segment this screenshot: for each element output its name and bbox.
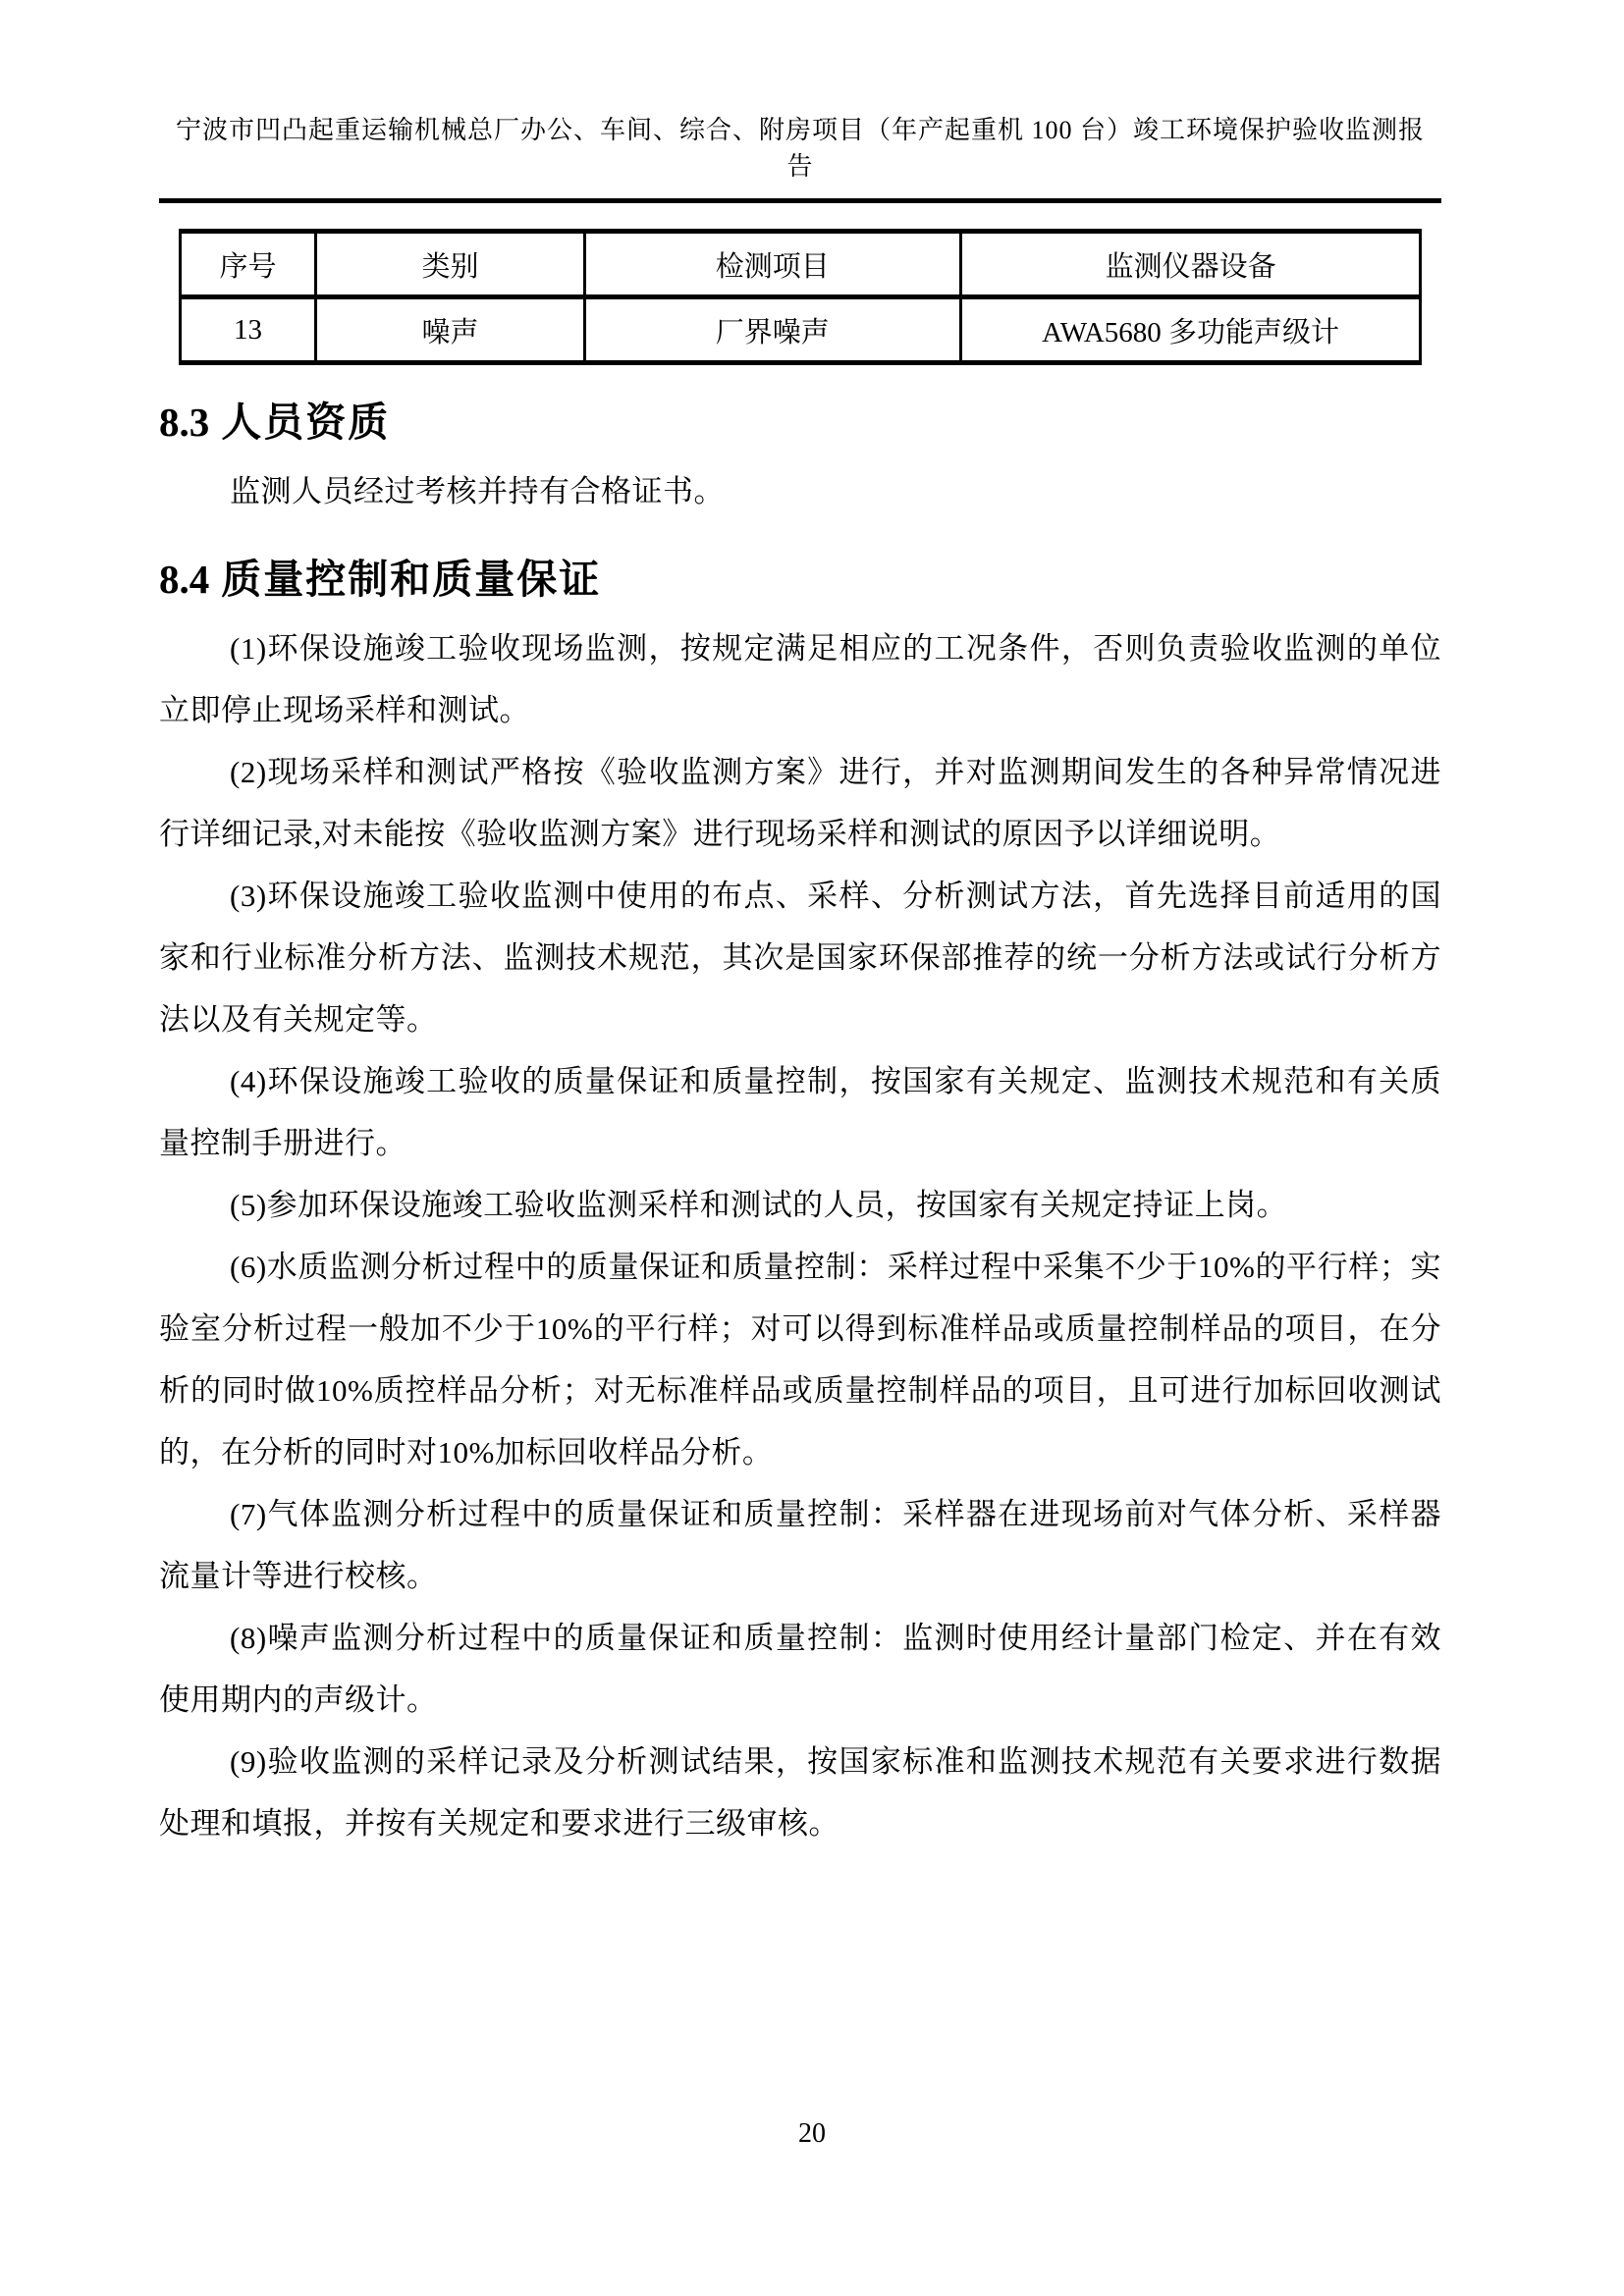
qc-paragraph-2: (2)现场采样和测试严格按《验收监测方案》进行，并对监测期间发生的各种异常情况进… <box>159 741 1441 865</box>
section-8-4-title: 质量控制和质量保证 <box>221 557 601 602</box>
cell-instrument: AWA5680 多功能声级计 <box>960 297 1421 363</box>
qc-paragraph-8: (8)噪声监测分析过程中的质量保证和质量控制：监测时使用经计量部门检定、并在有效… <box>159 1607 1441 1731</box>
qc-paragraph-7: (7)气体监测分析过程中的质量保证和质量控制：采样器在进现场前对气体分析、采样器… <box>159 1483 1441 1607</box>
monitoring-instrument-table: 序号 类别 检测项目 监测仪器设备 13 噪声 厂界噪声 AWA5680 多功能… <box>179 229 1423 365</box>
page-number: 20 <box>0 2118 1624 2150</box>
cell-serial: 13 <box>180 297 316 363</box>
cell-category: 噪声 <box>316 297 584 363</box>
column-header-instrument: 监测仪器设备 <box>960 232 1421 297</box>
qc-paragraph-3: (3)环保设施竣工验收监测中使用的布点、采样、分析测试方法，首先选择目前适用的国… <box>159 865 1441 1050</box>
qc-paragraph-6: (6)水质监测分析过程中的质量保证和质量控制：采样过程中采集不少于10%的平行样… <box>159 1236 1441 1483</box>
cell-test-item: 厂界噪声 <box>584 297 960 363</box>
page-header-title: 宁波市凹凸起重运输机械总厂办公、车间、综合、附房项目（年产起重机 100 台）竣… <box>159 110 1441 203</box>
qc-paragraph-5: (5)参加环保设施竣工验收监测采样和测试的人员，按国家有关规定持证上岗。 <box>159 1174 1441 1236</box>
qc-paragraph-4: (4)环保设施竣工验收的质量保证和质量控制，按国家有关规定、监测技术规范和有关质… <box>159 1050 1441 1174</box>
section-8-3-number: 8.3 <box>159 400 209 445</box>
qc-paragraph-9: (9)验收监测的采样记录及分析测试结果，按国家标准和监测技术规范有关要求进行数据… <box>159 1731 1441 1854</box>
section-8-4-number: 8.4 <box>159 557 209 602</box>
section-8-3-paragraph: 监测人员经过考核并持有合格证书。 <box>159 460 1441 522</box>
table-header-row: 序号 类别 检测项目 监测仪器设备 <box>180 232 1421 297</box>
section-8-3-title: 人员资质 <box>221 400 390 445</box>
column-header-serial: 序号 <box>180 232 316 297</box>
report-page: 宁波市凹凸起重运输机械总厂办公、车间、综合、附房项目（年产起重机 100 台）竣… <box>0 0 1624 1854</box>
section-8-4-heading: 8.4质量控制和质量保证 <box>159 556 1441 604</box>
qc-paragraph-1: (1)环保设施竣工验收现场监测，按规定满足相应的工况条件，否则负责验收监测的单位… <box>159 617 1441 741</box>
table-row: 13 噪声 厂界噪声 AWA5680 多功能声级计 <box>180 297 1421 363</box>
section-8-3-heading: 8.3人员资质 <box>159 399 1441 447</box>
column-header-category: 类别 <box>316 232 584 297</box>
column-header-test-item: 检测项目 <box>584 232 960 297</box>
